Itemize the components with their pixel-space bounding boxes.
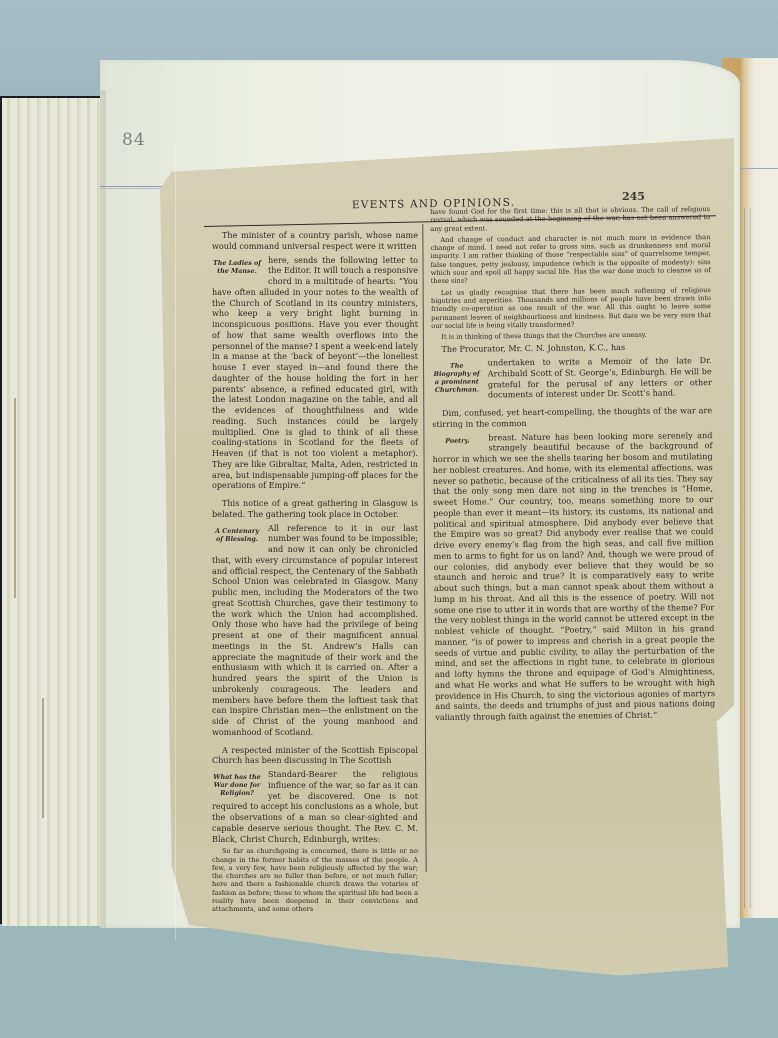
- article-body: A Centenary of Blessing. All reference t…: [212, 523, 418, 738]
- facing-page-margin-line: [744, 208, 745, 908]
- article-lead: The Procurator, Mr. C. N. Johnston, K.C.…: [431, 342, 711, 356]
- clipping-fold-crease: [175, 140, 176, 940]
- article-centenary: This notice of a great gathering in Glas…: [212, 498, 418, 738]
- quote-continuation: have found God for the first time: this …: [430, 205, 711, 341]
- article-body: What has the War done for Religion? Stan…: [212, 769, 418, 844]
- edge-stain: [14, 398, 16, 598]
- edge-stain: [42, 698, 44, 818]
- side-heading: The Ladies of the Manse.: [212, 259, 262, 275]
- article-lead: This notice of a great gathering in Glas…: [212, 498, 418, 520]
- album-page-number: 84: [122, 130, 146, 150]
- article-body: The Biography of a prominent Churchman. …: [432, 355, 712, 401]
- side-heading: A Centenary of Blessing.: [212, 527, 262, 543]
- clipping-page-number: 245: [622, 190, 645, 203]
- block-quote: So far as churchgoing is concerned, ther…: [212, 847, 418, 913]
- facing-page-margin-line: [750, 208, 751, 908]
- page-gutter: [100, 90, 106, 928]
- book-page-edges: [2, 98, 102, 926]
- article-ladies-manse: The minister of a country parish, whose …: [212, 230, 418, 491]
- left-column: The minister of a country parish, whose …: [212, 230, 418, 917]
- right-column: have found God for the first time: this …: [430, 205, 715, 726]
- block-quote: have found God for the first time: this …: [430, 205, 710, 233]
- article-body: The Ladies of the Manse. here, sends the…: [212, 255, 418, 492]
- article-war-religion: A respected minister of the Scottish Epi…: [212, 745, 418, 914]
- block-quote: Let us gladly recognise that there has b…: [431, 286, 711, 330]
- side-heading: Poetry.: [432, 436, 482, 445]
- block-quote: And change of conduct and character is n…: [430, 233, 711, 286]
- article-body: Poetry. breast. Nature has been looking …: [432, 430, 715, 723]
- article-poetry: Dim, confused, yet heart-compelling, the…: [432, 405, 715, 723]
- side-heading: What has the War done for Religion?: [212, 773, 262, 797]
- block-quote: It is in thinking of these things that t…: [431, 330, 711, 341]
- article-lead: A respected minister of the Scottish Epi…: [212, 745, 418, 767]
- article-lead: Dim, confused, yet heart-compelling, the…: [432, 405, 712, 429]
- side-heading: The Biography of a prominent Churchman.: [432, 362, 482, 395]
- article-lead: The minister of a country parish, whose …: [212, 230, 418, 252]
- article-biography: The Procurator, Mr. C. N. Johnston, K.C.…: [431, 342, 712, 402]
